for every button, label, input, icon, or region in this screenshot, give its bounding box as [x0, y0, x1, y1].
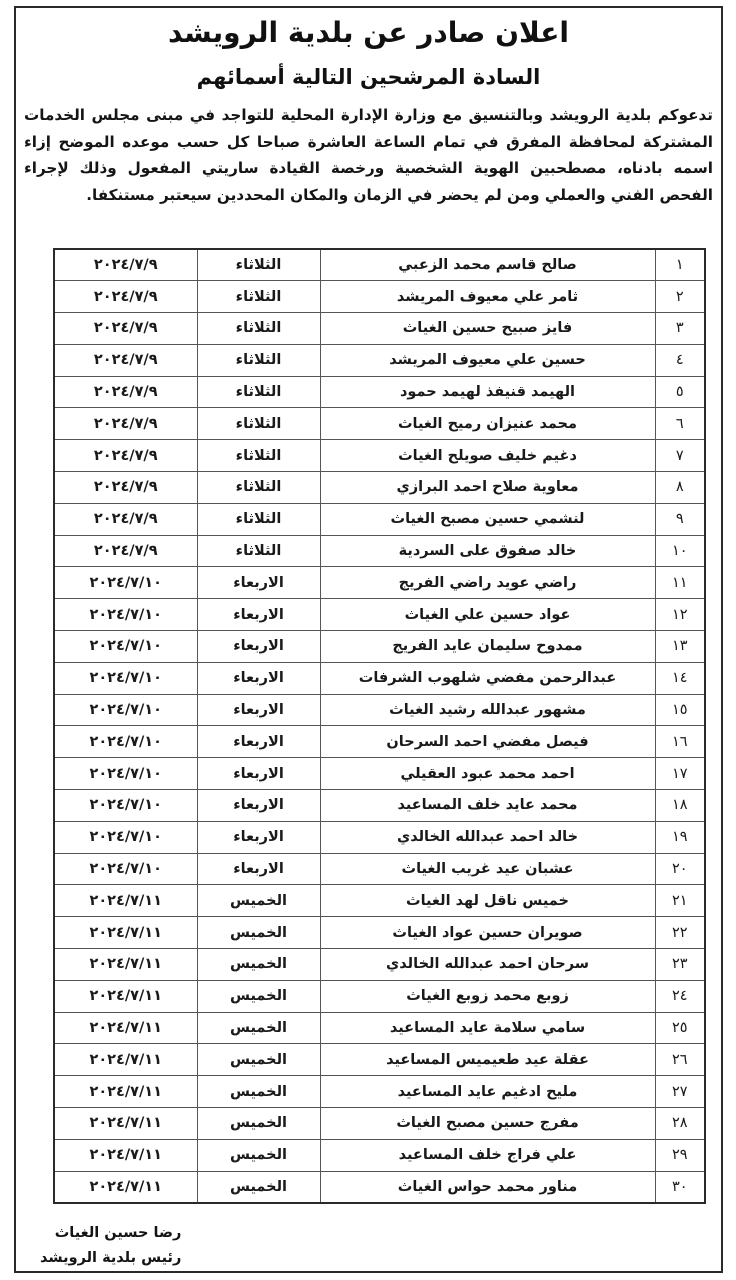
exam-day: الثلاثاء: [197, 408, 320, 440]
candidates-table-body: ١صالح قاسم محمد الزعبيالثلاثاء٢٠٢٤/٧/٩٢ث…: [54, 249, 705, 1203]
row-number: ٢: [655, 281, 705, 313]
exam-day: الثلاثاء: [197, 249, 320, 281]
exam-day: الخميس: [197, 949, 320, 981]
exam-date: ٢٠٢٤/٧/١٠: [54, 821, 197, 853]
candidate-name: فايز صبيح حسين الغياث: [320, 313, 655, 345]
table-row: ١٧احمد محمد عبود العقيليالاربعاء٢٠٢٤/٧/١…: [54, 758, 705, 790]
table-row: ١١راضي عويد راضي الفريجالاربعاء٢٠٢٤/٧/١٠: [54, 567, 705, 599]
candidate-name: ثامر علي معيوف المريشد: [320, 281, 655, 313]
exam-day: الاربعاء: [197, 790, 320, 822]
exam-date: ٢٠٢٤/٧/١١: [54, 1012, 197, 1044]
page-title: اعلان صادر عن بلدية الرويشد: [16, 16, 721, 49]
exam-day: الخميس: [197, 1108, 320, 1140]
candidate-name: صالح قاسم محمد الزعبي: [320, 249, 655, 281]
exam-day: الاربعاء: [197, 758, 320, 790]
exam-date: ٢٠٢٤/٧/١١: [54, 980, 197, 1012]
candidate-name: عشبان عيد غريب الغياث: [320, 853, 655, 885]
row-number: ١٤: [655, 662, 705, 694]
candidate-name: مناور محمد حواس الغياث: [320, 1171, 655, 1203]
row-number: ٢٤: [655, 980, 705, 1012]
table-row: ٣٠مناور محمد حواس الغياثالخميس٢٠٢٤/٧/١١: [54, 1171, 705, 1203]
row-number: ٣٠: [655, 1171, 705, 1203]
table-row: ١٢عواد حسين علي الغياثالاربعاء٢٠٢٤/٧/١٠: [54, 599, 705, 631]
row-number: ٦: [655, 408, 705, 440]
candidate-name: احمد محمد عبود العقيلي: [320, 758, 655, 790]
exam-day: الاربعاء: [197, 821, 320, 853]
row-number: ٢٦: [655, 1044, 705, 1076]
table-row: ١٤عبدالرحمن مفضي شلهوب الشرفاتالاربعاء٢٠…: [54, 662, 705, 694]
candidate-name: محمد عايد خلف المساعيد: [320, 790, 655, 822]
exam-date: ٢٠٢٤/٧/٩: [54, 281, 197, 313]
row-number: ٣: [655, 313, 705, 345]
candidate-name: سامي سلامة عايد المساعيد: [320, 1012, 655, 1044]
exam-date: ٢٠٢٤/٧/٩: [54, 344, 197, 376]
exam-date: ٢٠٢٤/٧/١١: [54, 1139, 197, 1171]
signatory-name: رضا حسين الغياث: [40, 1221, 181, 1246]
exam-day: الثلاثاء: [197, 281, 320, 313]
candidate-name: سرحان احمد عبدالله الخالدي: [320, 949, 655, 981]
table-row: ١٠خالد صفوق على السرديةالثلاثاء٢٠٢٤/٧/٩: [54, 535, 705, 567]
exam-day: الثلاثاء: [197, 376, 320, 408]
table-row: ١٩خالد احمد عبدالله الخالديالاربعاء٢٠٢٤/…: [54, 821, 705, 853]
candidate-name: ممدوح سليمان عايد الفريج: [320, 631, 655, 663]
exam-day: الاربعاء: [197, 694, 320, 726]
table-row: ١صالح قاسم محمد الزعبيالثلاثاء٢٠٢٤/٧/٩: [54, 249, 705, 281]
exam-day: الثلاثاء: [197, 440, 320, 472]
candidate-name: عبدالرحمن مفضي شلهوب الشرفات: [320, 662, 655, 694]
exam-date: ٢٠٢٤/٧/١١: [54, 1044, 197, 1076]
exam-date: ٢٠٢٤/٧/٩: [54, 376, 197, 408]
row-number: ٢٢: [655, 917, 705, 949]
exam-day: الثلاثاء: [197, 344, 320, 376]
row-number: ١: [655, 249, 705, 281]
candidate-name: الهيمد قنيفذ لهيمد حمود: [320, 376, 655, 408]
page-subtitle: السادة المرشحين التالية أسمائهم: [16, 65, 721, 89]
exam-date: ٢٠٢٤/٧/١٠: [54, 662, 197, 694]
row-number: ١٥: [655, 694, 705, 726]
announcement-frame: اعلان صادر عن بلدية الرويشد السادة المرش…: [14, 6, 723, 1273]
exam-date: ٢٠٢٤/٧/١٠: [54, 726, 197, 758]
candidate-name: لنشمي حسين مصبح الغياث: [320, 503, 655, 535]
candidate-name: مليح ادغيم عايد المساعيد: [320, 1076, 655, 1108]
exam-date: ٢٠٢٤/٧/٩: [54, 535, 197, 567]
exam-day: الخميس: [197, 1171, 320, 1203]
candidate-name: عواد حسين علي الغياث: [320, 599, 655, 631]
exam-date: ٢٠٢٤/٧/١٠: [54, 631, 197, 663]
exam-date: ٢٠٢٤/٧/٩: [54, 503, 197, 535]
exam-day: الخميس: [197, 917, 320, 949]
table-row: ٢٦عقلة عيد طعيميس المساعيدالخميس٢٠٢٤/٧/١…: [54, 1044, 705, 1076]
candidate-name: مشهور عبدالله رشيد الغياث: [320, 694, 655, 726]
signature-block: رضا حسين الغياث رئيس بلدية الرويشد: [40, 1221, 181, 1271]
row-number: ٢١: [655, 885, 705, 917]
row-number: ٢٨: [655, 1108, 705, 1140]
table-row: ٧دغيم خليف صويلح الغياثالثلاثاء٢٠٢٤/٧/٩: [54, 440, 705, 472]
table-row: ٢٧مليح ادغيم عايد المساعيدالخميس٢٠٢٤/٧/١…: [54, 1076, 705, 1108]
exam-day: الخميس: [197, 885, 320, 917]
exam-date: ٢٠٢٤/٧/١٠: [54, 567, 197, 599]
table-row: ١٦فيصل مفضي احمد السرحانالاربعاء٢٠٢٤/٧/١…: [54, 726, 705, 758]
exam-date: ٢٠٢٤/٧/١٠: [54, 694, 197, 726]
candidate-name: علي فراج خلف المساعيد: [320, 1139, 655, 1171]
table-row: ٢ثامر علي معيوف المريشدالثلاثاء٢٠٢٤/٧/٩: [54, 281, 705, 313]
row-number: ١١: [655, 567, 705, 599]
candidate-name: معاوية صلاح احمد البرازي: [320, 472, 655, 504]
exam-date: ٢٠٢٤/٧/١١: [54, 1108, 197, 1140]
exam-date: ٢٠٢٤/٧/٩: [54, 249, 197, 281]
exam-day: الاربعاء: [197, 599, 320, 631]
row-number: ٢٧: [655, 1076, 705, 1108]
exam-day: الاربعاء: [197, 631, 320, 663]
row-number: ٢٠: [655, 853, 705, 885]
table-row: ٣فايز صبيح حسين الغياثالثلاثاء٢٠٢٤/٧/٩: [54, 313, 705, 345]
table-row: ٥الهيمد قنيفذ لهيمد حمودالثلاثاء٢٠٢٤/٧/٩: [54, 376, 705, 408]
table-row: ٢١خميس ناقل لهد الغياثالخميس٢٠٢٤/٧/١١: [54, 885, 705, 917]
row-number: ١٩: [655, 821, 705, 853]
candidate-name: حسين علي معيوف المريشد: [320, 344, 655, 376]
table-row: ٨معاوية صلاح احمد البرازيالثلاثاء٢٠٢٤/٧/…: [54, 472, 705, 504]
exam-day: الخميس: [197, 1076, 320, 1108]
table-row: ٢٠عشبان عيد غريب الغياثالاربعاء٢٠٢٤/٧/١٠: [54, 853, 705, 885]
table-row: ٢٤زوبع محمد زوبع الغياثالخميس٢٠٢٤/٧/١١: [54, 980, 705, 1012]
exam-day: الاربعاء: [197, 567, 320, 599]
candidate-name: زوبع محمد زوبع الغياث: [320, 980, 655, 1012]
table-row: ٢٣سرحان احمد عبدالله الخالديالخميس٢٠٢٤/٧…: [54, 949, 705, 981]
table-row: ١٥مشهور عبدالله رشيد الغياثالاربعاء٢٠٢٤/…: [54, 694, 705, 726]
exam-day: الثلاثاء: [197, 535, 320, 567]
exam-date: ٢٠٢٤/٧/٩: [54, 408, 197, 440]
table-row: ١٣ممدوح سليمان عايد الفريجالاربعاء٢٠٢٤/٧…: [54, 631, 705, 663]
exam-date: ٢٠٢٤/٧/١٠: [54, 599, 197, 631]
row-number: ١٢: [655, 599, 705, 631]
exam-date: ٢٠٢٤/٧/٩: [54, 472, 197, 504]
row-number: ١٦: [655, 726, 705, 758]
exam-date: ٢٠٢٤/٧/١١: [54, 917, 197, 949]
row-number: ٧: [655, 440, 705, 472]
exam-date: ٢٠٢٤/٧/١١: [54, 1076, 197, 1108]
exam-day: الثلاثاء: [197, 313, 320, 345]
exam-date: ٢٠٢٤/٧/١١: [54, 885, 197, 917]
table-row: ٤حسين علي معيوف المريشدالثلاثاء٢٠٢٤/٧/٩: [54, 344, 705, 376]
row-number: ٥: [655, 376, 705, 408]
exam-day: الخميس: [197, 1044, 320, 1076]
row-number: ١٧: [655, 758, 705, 790]
exam-day: الاربعاء: [197, 662, 320, 694]
row-number: ٢٣: [655, 949, 705, 981]
table-row: ٢٩علي فراج خلف المساعيدالخميس٢٠٢٤/٧/١١: [54, 1139, 705, 1171]
candidate-name: خالد احمد عبدالله الخالدي: [320, 821, 655, 853]
row-number: ٢٩: [655, 1139, 705, 1171]
row-number: ١٨: [655, 790, 705, 822]
row-number: ٨: [655, 472, 705, 504]
candidate-name: راضي عويد راضي الفريج: [320, 567, 655, 599]
candidate-name: مفرج حسين مصبح الغياث: [320, 1108, 655, 1140]
table-row: ٢٨مفرج حسين مصبح الغياثالخميس٢٠٢٤/٧/١١: [54, 1108, 705, 1140]
candidates-table-container: ١صالح قاسم محمد الزعبيالثلاثاء٢٠٢٤/٧/٩٢ث…: [55, 248, 706, 1204]
exam-day: الثلاثاء: [197, 472, 320, 504]
row-number: ٢٥: [655, 1012, 705, 1044]
candidate-name: محمد عنيزان رميح الغياث: [320, 408, 655, 440]
exam-date: ٢٠٢٤/٧/١١: [54, 1171, 197, 1203]
exam-day: الخميس: [197, 1139, 320, 1171]
exam-date: ٢٠٢٤/٧/٩: [54, 440, 197, 472]
row-number: ٤: [655, 344, 705, 376]
exam-day: الاربعاء: [197, 726, 320, 758]
exam-day: الخميس: [197, 980, 320, 1012]
exam-day: الثلاثاء: [197, 503, 320, 535]
exam-date: ٢٠٢٤/٧/١٠: [54, 853, 197, 885]
table-row: ٩لنشمي حسين مصبح الغياثالثلاثاء٢٠٢٤/٧/٩: [54, 503, 705, 535]
candidate-name: فيصل مفضي احمد السرحان: [320, 726, 655, 758]
candidate-name: عقلة عيد طعيميس المساعيد: [320, 1044, 655, 1076]
table-row: ٢٢صويران حسين عواد الغياثالخميس٢٠٢٤/٧/١١: [54, 917, 705, 949]
row-number: ١٣: [655, 631, 705, 663]
exam-day: الاربعاء: [197, 853, 320, 885]
exam-date: ٢٠٢٤/٧/٩: [54, 313, 197, 345]
candidate-name: خالد صفوق على السردية: [320, 535, 655, 567]
row-number: ١٠: [655, 535, 705, 567]
candidates-table: ١صالح قاسم محمد الزعبيالثلاثاء٢٠٢٤/٧/٩٢ث…: [53, 248, 706, 1204]
table-row: ١٨محمد عايد خلف المساعيدالاربعاء٢٠٢٤/٧/١…: [54, 790, 705, 822]
table-row: ٦محمد عنيزان رميح الغياثالثلاثاء٢٠٢٤/٧/٩: [54, 408, 705, 440]
exam-day: الخميس: [197, 1012, 320, 1044]
table-row: ٢٥سامي سلامة عايد المساعيدالخميس٢٠٢٤/٧/١…: [54, 1012, 705, 1044]
candidate-name: صويران حسين عواد الغياث: [320, 917, 655, 949]
signatory-title: رئيس بلدية الرويشد: [40, 1246, 181, 1271]
row-number: ٩: [655, 503, 705, 535]
exam-date: ٢٠٢٤/٧/١١: [54, 949, 197, 981]
exam-date: ٢٠٢٤/٧/١٠: [54, 758, 197, 790]
intro-paragraph: تدعوكم بلدية الرويشد وبالتنسيق مع وزارة …: [24, 102, 713, 208]
exam-date: ٢٠٢٤/٧/١٠: [54, 790, 197, 822]
candidate-name: دغيم خليف صويلح الغياث: [320, 440, 655, 472]
candidate-name: خميس ناقل لهد الغياث: [320, 885, 655, 917]
